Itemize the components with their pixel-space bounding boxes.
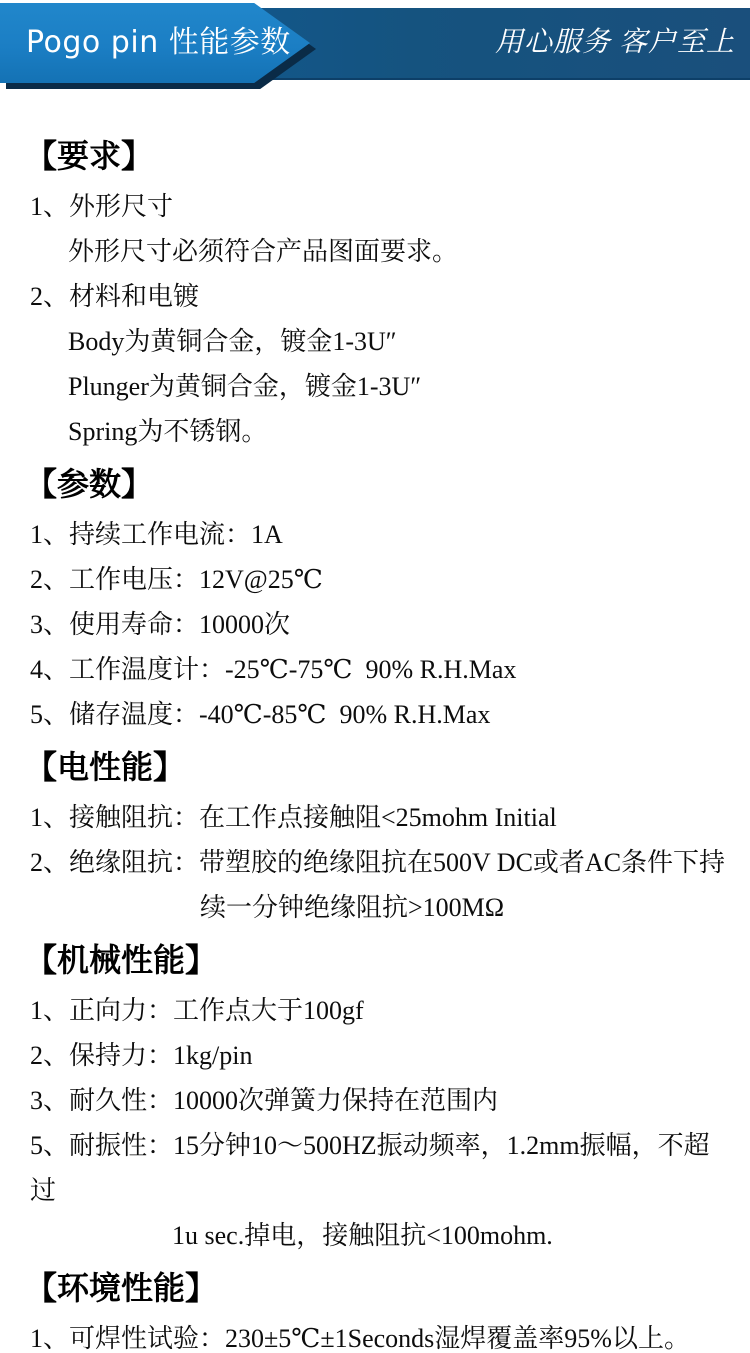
- spec-line: 3、使用寿命：10000次: [30, 602, 735, 647]
- spec-line: 1、接触阻抗：在工作点接触阻<25mohm Initial: [30, 795, 735, 840]
- spec-line: 1、持续工作电流：1A: [30, 512, 735, 557]
- section-heading-parameters: 【参数】: [25, 458, 735, 510]
- spec-sheet-page: Pogo pin 性能参数 用心服务 客户至上 【要求】 1、外形尺寸 外形尺寸…: [0, 0, 750, 1353]
- spec-line: 1、可焊性试验：230±5℃±1Seconds湿焊覆盖率95%以上。: [30, 1316, 735, 1353]
- header-slogan: 用心服务 客户至上: [495, 8, 735, 78]
- spec-line: 2、绝缘阻抗：带塑胶的绝缘阻抗在500V DC或者AC条件下持: [30, 840, 735, 885]
- section-heading-electrical: 【电性能】: [25, 741, 735, 793]
- page-title: Pogo pin 性能参数: [0, 3, 291, 83]
- spec-line: 1、正向力：工作点大于100gf: [30, 988, 735, 1033]
- spec-line: 2、材料和电镀: [30, 274, 735, 319]
- spec-line: 续一分钟绝缘阻抗>100MΩ: [200, 885, 735, 930]
- header-banner: Pogo pin 性能参数 用心服务 客户至上: [0, 0, 750, 88]
- spec-line: 2、工作电压：12V@25℃: [30, 557, 735, 602]
- spec-line: Plunger为黄铜合金，镀金1-3U″: [68, 364, 735, 409]
- spec-line: 5、储存温度：-40℃-85℃ 90% R.H.Max: [30, 692, 735, 737]
- spec-line: 外形尺寸必须符合产品图面要求。: [68, 229, 735, 274]
- spec-line: Spring为不锈钢。: [68, 409, 735, 454]
- spec-line: 5、耐振性：15分钟10～500HZ振动频率，1.2mm振幅，不超过: [30, 1123, 735, 1213]
- section-heading-requirements: 【要求】: [25, 130, 735, 182]
- spec-line: 3、耐久性：10000次弹簧力保持在范围内: [30, 1078, 735, 1123]
- spec-line: Body为黄铜合金，镀金1-3U″: [68, 319, 735, 364]
- spec-line: 1u sec.掉电，接触阻抗<100mohm.: [172, 1213, 735, 1258]
- section-heading-mechanical: 【机械性能】: [25, 934, 735, 986]
- section-heading-environmental: 【环境性能】: [25, 1262, 735, 1314]
- spec-line: 4、工作温度计：-25℃-75℃ 90% R.H.Max: [30, 647, 735, 692]
- spec-content: 【要求】 1、外形尺寸 外形尺寸必须符合产品图面要求。 2、材料和电镀 Body…: [0, 88, 750, 1353]
- spec-line: 2、保持力：1kg/pin: [30, 1033, 735, 1078]
- spec-line: 1、外形尺寸: [30, 184, 735, 229]
